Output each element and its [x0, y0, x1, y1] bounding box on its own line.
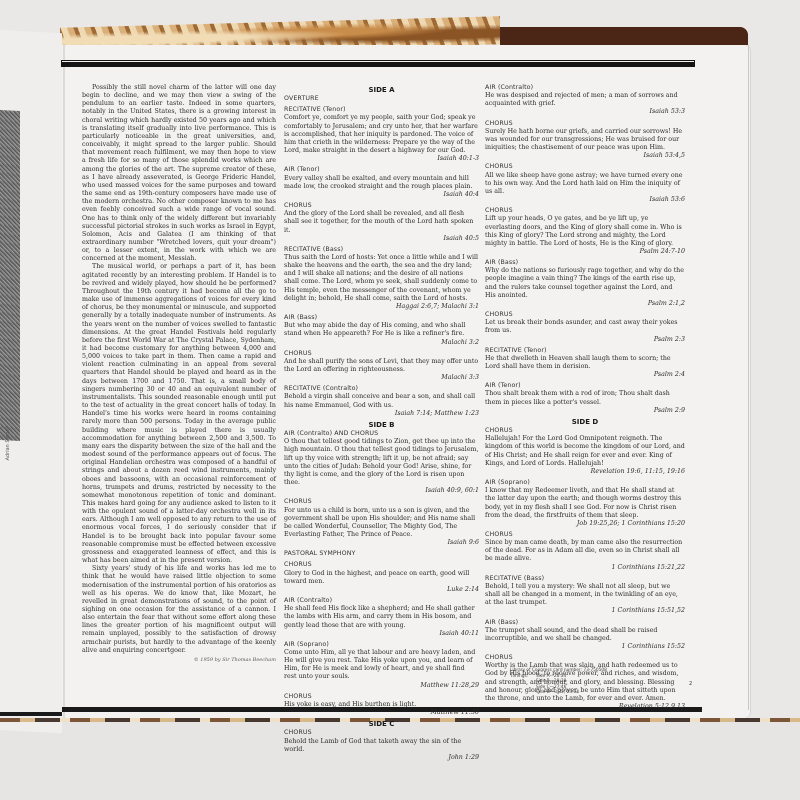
- section-text: I know that my Redeemer liveth, and that…: [485, 487, 685, 520]
- libretto-section: CHORUS And he shall purify the sons of L…: [284, 350, 479, 383]
- libretto-section: CHORUS For unto us a child is born, unto…: [284, 498, 479, 547]
- libretto-section: AIR (Tenor) Thou shalt break them with a…: [485, 382, 685, 415]
- section-title: AIR (Bass): [485, 259, 685, 267]
- section-title: CHORUS: [485, 207, 685, 215]
- section-text: Comfort ye, comfort ye my people, saith …: [284, 114, 479, 155]
- section-text: O thou that tellest good tidings to Zion…: [284, 438, 479, 487]
- section-title: CHORUS: [485, 531, 685, 539]
- libretto-section: CHORUS Behold the Lamb of God that taket…: [284, 729, 479, 762]
- scripture-ref: Revelation 19:6, 11:15, 19:16: [485, 468, 685, 476]
- scripture-ref: Malachi 3:3: [284, 374, 479, 382]
- side-a-header: SIDE A: [284, 86, 479, 94]
- record-metadata: Library of Congress card number: 73-7505…: [510, 668, 670, 696]
- bottom-rule-left: [0, 712, 62, 716]
- section-text: He shall feed His flock like a shepherd;…: [284, 605, 479, 629]
- section-title: RECITATIVE (Contralto): [284, 385, 479, 393]
- section-title: CHORUS: [284, 693, 479, 701]
- timings-label: Timings:: [510, 674, 536, 696]
- page-right-edge: [748, 45, 749, 710]
- section-text: His yoke is easy, and His burthen is lig…: [284, 701, 479, 709]
- left-photo: [0, 110, 20, 441]
- libretto-section: CHORUS Let us break their bonds asunder,…: [485, 311, 685, 344]
- libretto-section: CHORUS Since by man came death, by man c…: [485, 531, 685, 572]
- section-title: RECITATIVE (Bass): [485, 575, 685, 583]
- scripture-ref: Isaiah 53:4,5: [485, 152, 685, 160]
- libretto-section: RECITATIVE (Contralto) Behold a virgin s…: [284, 385, 479, 418]
- section-title: CHORUS: [485, 163, 685, 171]
- photo-credit: Adrian Siegel: [5, 427, 11, 460]
- essay-paragraph: The musical world, or perhaps a part of …: [82, 263, 276, 565]
- section-title: PASTORAL SYMPHONY: [284, 550, 479, 558]
- section-text: Every valley shall be exalted, and every…: [284, 175, 479, 191]
- libretto-section: AIR (Soprano) Come unto Him, all ye that…: [284, 641, 479, 690]
- section-text: For unto us a child is born, unto us a s…: [284, 507, 479, 540]
- section-text: But who may abide the day of His coming,…: [284, 322, 479, 338]
- scripture-ref: Isaiah 40:9, 60:1: [284, 487, 479, 495]
- scripture-ref: Isaiah 40:11: [284, 630, 479, 638]
- overture-title: OVERTURE: [284, 95, 479, 103]
- section-text: Glory to God in the highest, and peace o…: [284, 570, 479, 586]
- section-title: RECITATIVE (Bass): [284, 246, 479, 254]
- section-title: CHORUS: [284, 729, 479, 737]
- section-text: Thus saith the Lord of hosts: Yet once a…: [284, 254, 479, 303]
- scripture-ref: Isaiah 40:1-3: [284, 155, 479, 163]
- scripture-ref: Luke 2:14: [284, 586, 479, 594]
- scripture-ref: Matthew 11:28,29: [284, 682, 479, 690]
- section-title: AIR (Contralto) AND CHORUS: [284, 430, 479, 438]
- section-title: CHORUS: [485, 427, 685, 435]
- libretto-section: AIR (Bass) Why do the nations so furious…: [485, 259, 685, 308]
- top-rule: [62, 61, 694, 66]
- page-fold: [63, 45, 65, 718]
- essay-copyright: © 1959 by Sir Thomas Beecham: [82, 656, 276, 664]
- section-text: Thou shalt break them with a rod of iron…: [485, 390, 685, 406]
- section-title: AIR (Tenor): [485, 382, 685, 390]
- libretto-section: RECITATIVE (Tenor) He that dwelleth in H…: [485, 347, 685, 380]
- scripture-ref: 1 Corinthians 15:51,52: [485, 607, 685, 615]
- scripture-ref: Isaiah 40:4: [284, 191, 479, 199]
- libretto-section: RECITATIVE (Bass) Behold, I tell you a m…: [485, 575, 685, 616]
- section-text: Surely He hath borne our griefs, and car…: [485, 128, 685, 152]
- page-number: 2: [689, 681, 692, 687]
- libretto-section: AIR (Tenor) Every valley shall be exalte…: [284, 166, 479, 199]
- scripture-ref: 1 Corinthians 15:52: [485, 643, 685, 651]
- libretto-section: CHORUS Hallelujah! For the Lord God Omni…: [485, 427, 685, 476]
- section-title: CHORUS: [485, 654, 685, 662]
- scripture-ref: Isaiah 53:6: [485, 196, 685, 204]
- libretto-section: AIR (Contralto) He shall feed His flock …: [284, 597, 479, 638]
- scripture-ref: Malachi 3:2: [284, 339, 479, 347]
- section-title: AIR (Soprano): [485, 479, 685, 487]
- scripture-ref: Psalm 2:4: [485, 371, 685, 379]
- cover-brown-band: [500, 27, 748, 45]
- libretto-section: AIR (Contralto) He was despised and reje…: [485, 84, 685, 117]
- libretto-section: RECITATIVE (Tenor) Comfort ye, comfort y…: [284, 106, 479, 163]
- scripture-ref: Psalm 2:3: [485, 336, 685, 344]
- section-text: And the glory of the Lord shall be revea…: [284, 210, 479, 234]
- section-text: Since by man came death, by man came als…: [485, 539, 685, 563]
- section-title: CHORUS: [284, 498, 479, 506]
- section-text: He that dwelleth in Heaven shall laugh t…: [485, 355, 685, 371]
- scripture-ref: Psalm 2:9: [485, 407, 685, 415]
- section-title: AIR (Bass): [485, 619, 685, 627]
- libretto-section: CHORUS Lift up your heads, O ye gates, a…: [485, 207, 685, 256]
- section-text: The trumpet shall sound, and the dead sh…: [485, 627, 685, 643]
- timings: Timings: Side A—26:34 Side B—28:28 Side …: [510, 674, 670, 696]
- section-text: Why do the nations so furiously rage tog…: [485, 267, 685, 300]
- section-text: He was despised and rejected of men; a m…: [485, 92, 685, 108]
- section-title: RECITATIVE (Tenor): [485, 347, 685, 355]
- libretto-column-2: SIDE A OVERTURE RECITATIVE (Tenor) Comfo…: [284, 84, 479, 765]
- scripture-ref: Job 19:25,26; 1 Corinthians 15:20: [485, 520, 685, 528]
- section-title: AIR (Soprano): [284, 641, 479, 649]
- scripture-ref: Isaiah 40:5: [284, 235, 479, 243]
- libretto-section: CHORUS And the glory of the Lord shall b…: [284, 202, 479, 243]
- scripture-ref: Psalm 24:7-10: [485, 248, 685, 256]
- libretto-section: PASTORAL SYMPHONY: [284, 550, 479, 558]
- libretto-section: CHORUS All we like sheep have gone astra…: [485, 163, 685, 204]
- scripture-ref: Revelation 5:12,9,13: [485, 703, 685, 711]
- section-text: Come unto Him, all ye that labour and ar…: [284, 649, 479, 682]
- scripture-ref: Isaiah 53:3: [485, 108, 685, 116]
- libretto-section: CHORUS Surely He hath borne our griefs, …: [485, 120, 685, 161]
- scripture-ref: John 1:29: [284, 754, 479, 762]
- section-title: CHORUS: [485, 311, 685, 319]
- scripture-ref: 1 Corinthians 15:21,22: [485, 564, 685, 572]
- section-title: AIR (Contralto): [284, 597, 479, 605]
- section-text: Lift up your heads, O ye gates, and be y…: [485, 215, 685, 248]
- side-c-header: SIDE C: [284, 720, 479, 728]
- section-text: Behold a virgin shall conceive and bear …: [284, 393, 479, 409]
- section-text: All we like sheep have gone astray; we h…: [485, 172, 685, 196]
- libretto-section: CHORUS Glory to God in the highest, and …: [284, 561, 479, 594]
- scripture-ref: Isaiah 9:6: [284, 539, 479, 547]
- scripture-ref: Matthew 11:30: [284, 709, 479, 717]
- section-title: AIR (Contralto): [485, 84, 685, 92]
- libretto-section: CHORUS His yoke is easy, and His burthen…: [284, 693, 479, 717]
- side-b-header: SIDE B: [284, 421, 479, 429]
- left-page: Adrian Siegel: [0, 30, 62, 733]
- libretto-column-3: AIR (Contralto) He was despised and reje…: [485, 84, 685, 714]
- section-title: CHORUS: [485, 120, 685, 128]
- scripture-ref: Haggai 2:6,7; Malachi 3:1: [284, 303, 479, 311]
- section-title: AIR (Bass): [284, 314, 479, 322]
- scripture-ref: Psalm 2:1,2: [485, 300, 685, 308]
- scripture-ref: Isaiah 7:14; Matthew 1:23: [284, 410, 479, 418]
- section-text: And he shall purify the sons of Levi, th…: [284, 358, 479, 374]
- libretto-section: AIR (Bass) But who may abide the day of …: [284, 314, 479, 347]
- essay-column: Possibly the still novel charm of the la…: [82, 84, 276, 664]
- section-text: Behold, I tell you a mystery: We shall n…: [485, 583, 685, 607]
- section-title: CHORUS: [284, 350, 479, 358]
- libretto-section: AIR (Contralto) AND CHORUS O thou that t…: [284, 430, 479, 495]
- section-text: Hallelujah! For the Lord God Omnipotent …: [485, 435, 685, 468]
- section-text: Let us break their bonds asunder, and ca…: [485, 319, 685, 335]
- timing-side-d: Side D—3:32, 23:14: [536, 690, 579, 696]
- libretto-section: AIR (Soprano) I know that my Redeemer li…: [485, 479, 685, 528]
- side-d-header: SIDE D: [485, 418, 685, 426]
- section-title: CHORUS: [284, 202, 479, 210]
- essay-paragraph: Possibly the still novel charm of the la…: [82, 84, 276, 263]
- libretto-section: AIR (Bass) The trumpet shall sound, and …: [485, 619, 685, 652]
- libretto-section: RECITATIVE (Bass) Thus saith the Lord of…: [284, 246, 479, 311]
- section-title: RECITATIVE (Tenor): [284, 106, 479, 114]
- section-title: CHORUS: [284, 561, 479, 569]
- section-text: Behold the Lamb of God that taketh away …: [284, 738, 479, 754]
- essay-paragraph: Sixty years' study of his life and works…: [82, 565, 276, 655]
- section-title: AIR (Tenor): [284, 166, 479, 174]
